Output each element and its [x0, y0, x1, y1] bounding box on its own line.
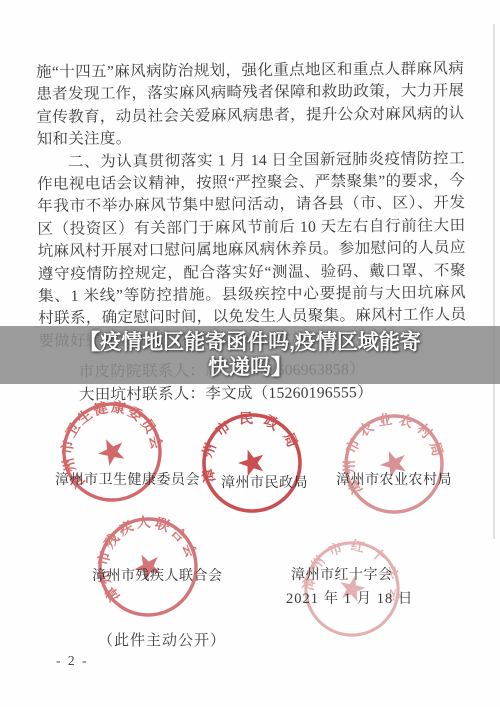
scanned-document-page: 施“十四五”麻风病防治规划，强化重点地区和重点人群麻风病患者发现工作，落实麻风病… — [0, 0, 500, 707]
signature-health-commission: 漳州市卫生健康委员会 — [55, 469, 200, 489]
signing-date: 2021 年 1 月 18 日 — [286, 587, 413, 608]
seal-civil-affairs-bureau-icon: 漳州市民政局 — [176, 387, 327, 538]
signature-disabled-persons-federation: 漳州市残疾人联合会 — [92, 565, 223, 585]
signature-civil-affairs-bureau: 漳州市民政局 — [221, 472, 308, 492]
disclosure-note: （此件主动公开） — [98, 629, 226, 650]
watermark-text-line1: 【疫情地区能寄函件吗,疫情区域能寄 — [79, 330, 421, 355]
paragraph-continuation: 施“十四五”麻风病防治规划，强化重点地区和重点人群麻风病患者发现工作，落实麻风病… — [36, 58, 465, 151]
signature-agriculture-bureau: 漳州市农业农村局 — [336, 469, 452, 489]
scan-page-edge-line — [493, 24, 495, 539]
seal-star-icon — [94, 434, 129, 468]
watermark-banner: 【疫情地区能寄函件吗,疫情区域能寄 快递吗】 — [0, 326, 500, 384]
watermark-text-line2: 快递吗】 — [208, 355, 292, 380]
page-number: - 2 - — [56, 653, 89, 669]
seal-agriculture-bureau-icon: 漳州市农业农村局 — [316, 386, 472, 542]
signature-red-cross: 漳州市红十字会 — [291, 564, 393, 584]
paragraph-section-two: 二、为认真贯彻落实 1 月 14 日全国新冠肺炎疫情防控工作电视电话会议精神，按… — [37, 148, 467, 353]
